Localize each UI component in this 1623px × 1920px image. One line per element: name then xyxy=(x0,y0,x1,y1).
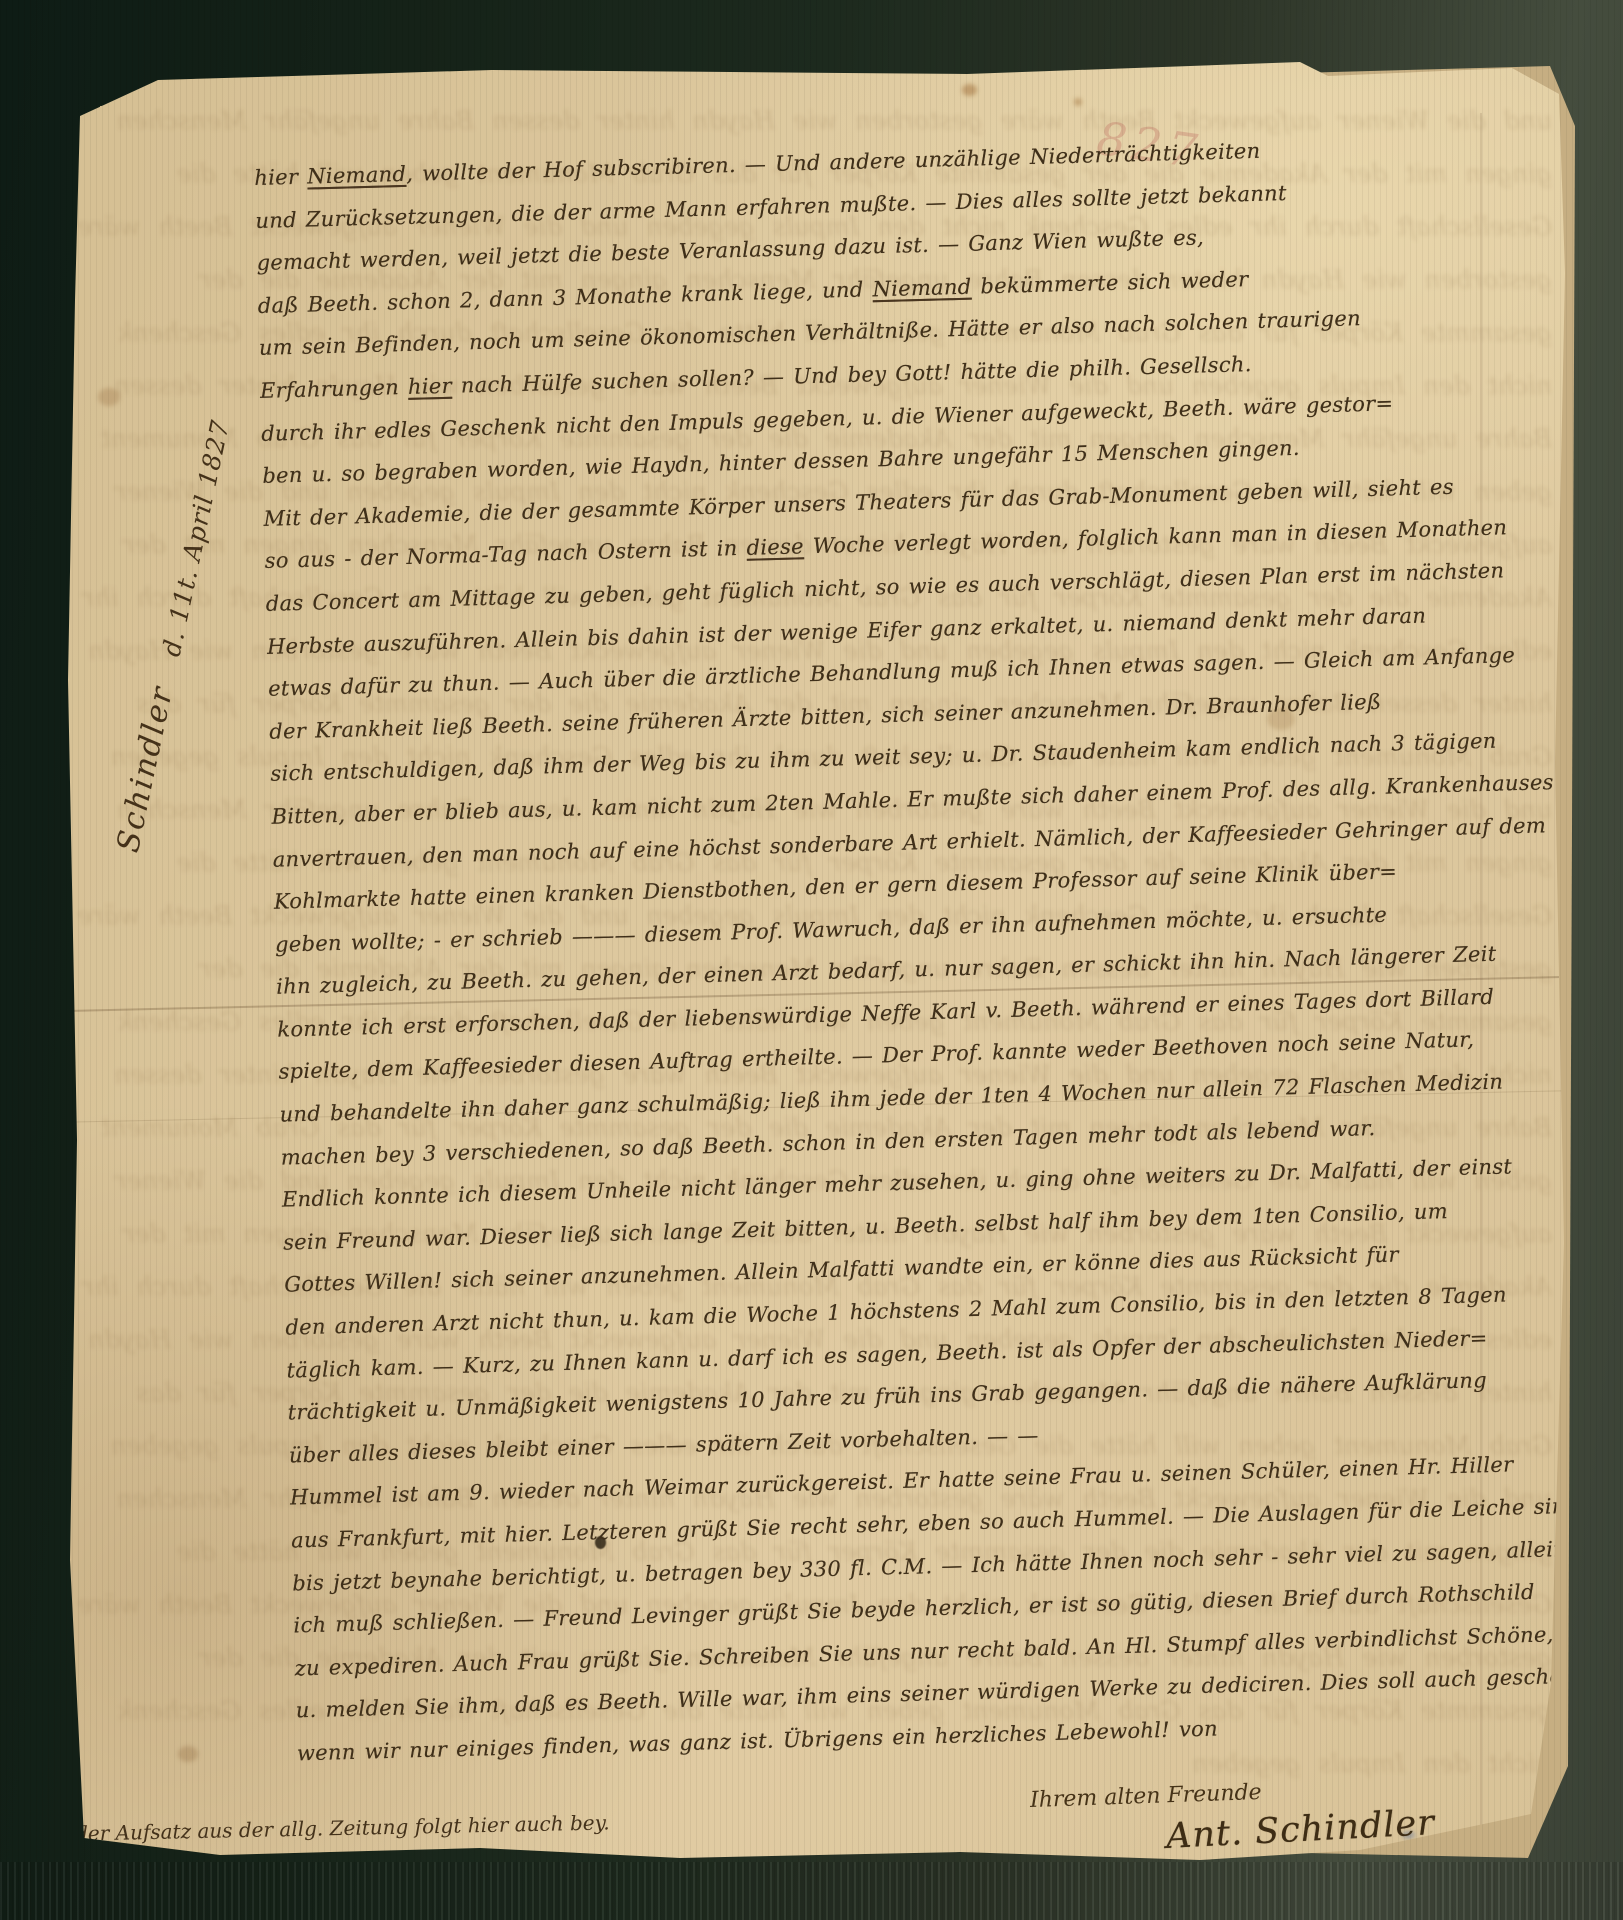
foxing-stain xyxy=(178,1746,198,1762)
foxing-stain xyxy=(962,84,977,96)
letter-page: und die Wiener aufgeweckt Beeth wäre ges… xyxy=(62,58,1567,1870)
background-texture xyxy=(0,1862,1623,1920)
foxing-stain xyxy=(1074,98,1082,106)
photograph-background: und die Wiener aufgeweckt Beeth wäre ges… xyxy=(0,0,1623,1920)
foxing-stain xyxy=(98,388,120,406)
letter-body: hier Niemand, wollte der Hof subscribire… xyxy=(254,131,1602,1784)
